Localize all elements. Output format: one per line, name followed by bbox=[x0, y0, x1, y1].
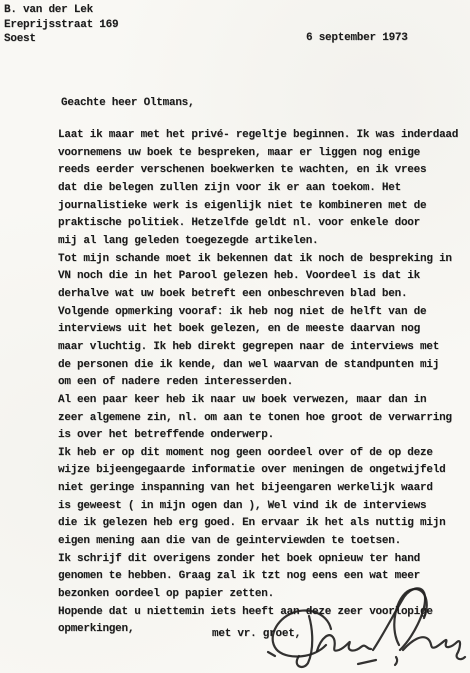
letter-body-line: Ik schrijf dit overigens zonder het boek… bbox=[58, 551, 470, 569]
letter-body-line: die ik gelezen heb erg goed. En ervaar i… bbox=[58, 515, 470, 533]
letter-body-line: Laat ik maar met het privé- regeltje beg… bbox=[58, 127, 470, 145]
sender-address-block: B. van der Lek Ereprijsstraat 169 Soest bbox=[4, 3, 118, 47]
letter-body-line: Al een paar keer heb ik naar uw boek ver… bbox=[58, 392, 470, 410]
letter-body-line: wijze bijeengegaarde informatie over men… bbox=[58, 462, 470, 480]
letter-body: Laat ik maar met het privé- regeltje beg… bbox=[58, 127, 470, 639]
letter-body-line: Volgende opmerking vooraf: ik heb nog ni… bbox=[58, 304, 470, 322]
letter-body-line: is over het betreffende onderwerp. bbox=[58, 427, 470, 445]
letter-body-line: is geweest ( in mijn ogen dan ), Wel vin… bbox=[58, 498, 470, 516]
letter-body-line: Ik heb er op dit moment nog geen oordeel… bbox=[58, 445, 470, 463]
letter-date: 6 september 1973 bbox=[306, 32, 408, 44]
letter-body-line: interviews uit het boek gelezen, en de m… bbox=[58, 321, 470, 339]
letter-body-line: derhalve wat uw boek betreft een onbesch… bbox=[58, 286, 470, 304]
letter-body-line: niet geringe inspanning van het bijeenga… bbox=[58, 480, 470, 498]
sender-city: Soest bbox=[4, 32, 118, 47]
letter-body-line: VN noch die in het Parool gelezen heb. V… bbox=[58, 268, 470, 286]
salutation: Geachte heer Oltmans, bbox=[61, 97, 194, 109]
letter-body-line: reeds eerder verschenen boekwerken te wa… bbox=[58, 162, 470, 180]
letter-body-line: Tot mijn schande moet ik bekennen dat ik… bbox=[58, 251, 470, 269]
handwritten-signature bbox=[225, 578, 470, 673]
letter-body-line: voornemens uw boek te bespreken, maar er… bbox=[58, 145, 470, 163]
letter-body-line: zeer algemene zin, nl. om aan te tonen h… bbox=[58, 410, 470, 428]
letter-body-line: maar vluchtig. Ik heb direkt gegrepen na… bbox=[58, 339, 470, 357]
sender-street: Ereprijsstraat 169 bbox=[4, 18, 118, 33]
letter-body-line: praktische politiek. Hetzelfde geldt nl.… bbox=[58, 215, 470, 233]
letter-body-line: journalistieke werk is eigenlijk niet te… bbox=[58, 198, 470, 216]
letter-body-line: mij al lang geleden toegezegde artikelen… bbox=[58, 233, 470, 251]
letter-body-line: dat die belegen zullen zijn voor ik er a… bbox=[58, 180, 470, 198]
letter-body-line: om een of nadere reden interesserden. bbox=[58, 374, 470, 392]
letter-body-line: eigen mening aan die van de geinterviewd… bbox=[58, 533, 470, 551]
letter-body-line: de personen die ik kende, dan wel waarva… bbox=[58, 357, 470, 375]
sender-name: B. van der Lek bbox=[4, 3, 118, 18]
scanned-letter-page: B. van der Lek Ereprijsstraat 169 Soest … bbox=[0, 0, 470, 673]
